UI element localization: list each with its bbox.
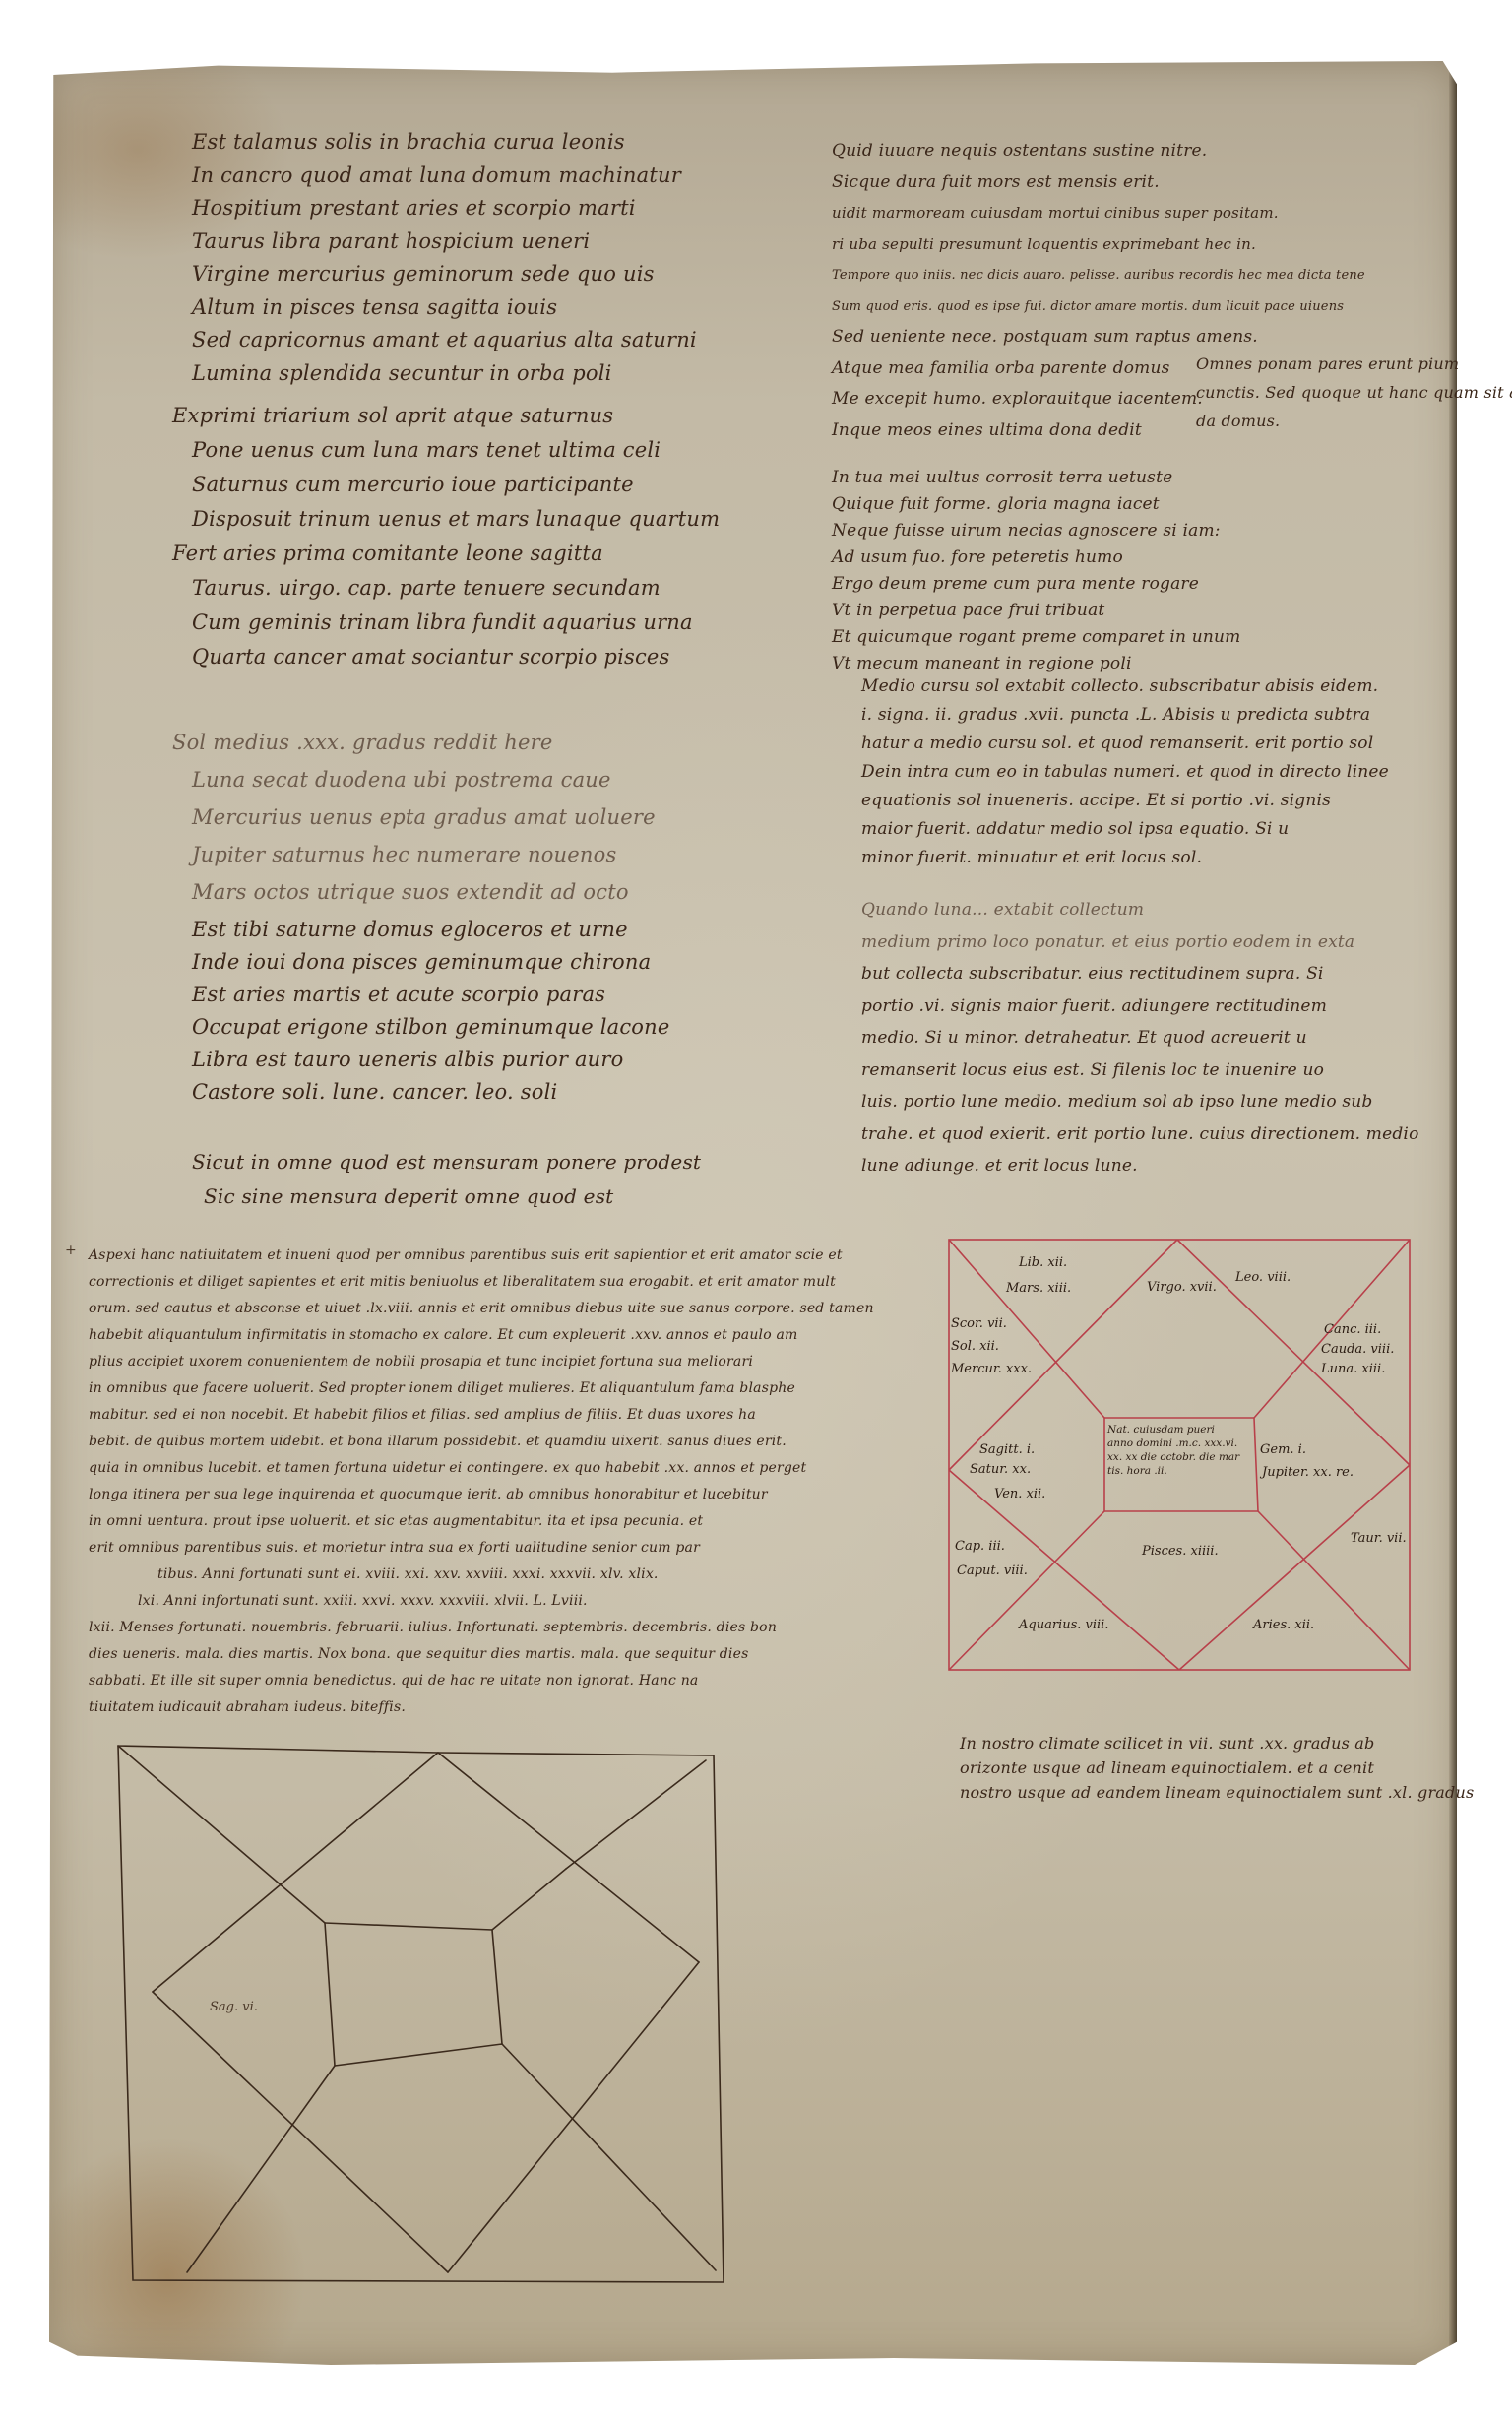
text-line: lxii. Menses fortunati. nouembris. febru… <box>89 1615 874 1641</box>
verse-line: Est aries martis et acute scorpio paras <box>192 979 670 1011</box>
text-line: bebit. de quibus mortem uidebit. et bona… <box>89 1429 874 1455</box>
house-label: Luna. xiii. <box>1321 1362 1385 1377</box>
caption-line: anno domini .m.c. xxx.vi. <box>1107 1436 1255 1450</box>
verse-line: Sicut in omne quod est mensuram ponere p… <box>192 1145 701 1180</box>
text-line: In nostro climate scilicet in vii. sunt … <box>960 1731 1474 1755</box>
text-line: mabitur. sed ei non nocebit. Et habebit … <box>89 1402 874 1429</box>
left-verse-4: Est tibi saturne domus egloceros et urne… <box>192 914 670 1109</box>
text-line: quia in omnibus lucebit. et tamen fortun… <box>89 1455 874 1482</box>
horoscope-center-caption: Nat. cuiusdam pueri anno domini .m.c. xx… <box>1107 1423 1255 1478</box>
text-line: tibus. Anni fortunati sunt ei. xviii. xx… <box>89 1562 874 1588</box>
text-line: but collecta subscribatur. eius rectitud… <box>861 958 1419 990</box>
sketch-label: Sag. vi. <box>210 2000 258 2014</box>
text-line: Ergo deum preme cum pura mente rogare <box>832 571 1241 598</box>
margin-mark: + <box>65 1243 77 1258</box>
verse-line: Sed capricornus amant et aquarius alta s… <box>192 324 697 357</box>
verse-line: Altum in pisces tensa sagitta iouis <box>192 291 697 325</box>
house-label: Jupiter. xx. re. <box>1262 1465 1354 1481</box>
text-line: Aspexi hanc natiuitatem et inueni quod p… <box>89 1243 874 1269</box>
text-line: Et quicumque rogant preme comparet in un… <box>832 624 1241 651</box>
text-line: plius accipiet uxorem conuenientem de no… <box>89 1349 874 1375</box>
left-verse-2: Exprimi triarium sol aprit atque saturnu… <box>172 399 720 674</box>
caption-line: tis. hora .ii. <box>1107 1464 1255 1478</box>
text-line: da domus. <box>1196 407 1512 435</box>
house-label: Taur. vii. <box>1351 1531 1407 1547</box>
verse-line: Est tibi saturne domus egloceros et urne <box>192 914 670 946</box>
verse-line: Est talamus solis in brachia curua leoni… <box>192 126 697 160</box>
verse-line: Sic sine mensura deperit omne quod est <box>192 1180 701 1214</box>
text-line: orum. sed cautus et absconse et uiuet .l… <box>89 1296 874 1322</box>
verse-line: Cum geminis trinam libra fundit aquarius… <box>172 606 720 640</box>
text-line: Quid iuuare nequis ostentans sustine nit… <box>832 136 1365 167</box>
nativity-judgment-text: Aspexi hanc natiuitatem et inueni quod p… <box>89 1243 874 1721</box>
verse-line: Exprimi triarium sol aprit atque saturnu… <box>172 399 720 433</box>
verse-line: Mars octos utrique suos extendit ad octo <box>172 873 656 911</box>
house-label: Cauda. viii. <box>1321 1342 1394 1358</box>
computus-moon-paragraph: Quando luna... extabit collectum medium … <box>861 894 1419 1182</box>
text-line: orizonte usque ad lineam equinoctialem. … <box>960 1755 1474 1780</box>
text-line: Vt in perpetua pace frui tribuat <box>832 598 1241 624</box>
house-label: Lib. xii. <box>1019 1255 1067 1271</box>
text-line: Sum quod eris. quod es ipse fui. dictor … <box>832 291 1365 323</box>
computus-sun-paragraph: Medio cursu sol extabit collecto. subscr… <box>861 672 1389 872</box>
text-line: uidit marmoream cuiusdam mortui cinibus … <box>832 198 1365 229</box>
verse-line: Sol medius .xxx. gradus reddit here <box>172 724 656 761</box>
text-line: maior fuerit. addatur medio sol ipsa equ… <box>861 815 1389 844</box>
text-line: Sicque dura fuit mors est mensis erit. <box>832 167 1365 199</box>
house-label: Ven. xii. <box>994 1487 1045 1502</box>
text-line: Tempore quo iniis. nec dicis auaro. peli… <box>832 260 1365 291</box>
verse-line: Disposuit trinum uenus et mars lunaque q… <box>172 502 720 537</box>
verse-line: Mercurius uenus epta gradus amat uoluere <box>172 798 656 836</box>
text-line: Dein intra cum eo in tabulas numeri. et … <box>861 758 1389 787</box>
verse-line: Inde ioui dona pisces geminumque chirona <box>192 946 670 979</box>
verse-line: Lumina splendida secuntur in orba poli <box>192 357 697 391</box>
horoscope-chart: Lib. xii. Mars. xiii. Virgo. xvii. Leo. … <box>945 1236 1416 1674</box>
text-line: luis. portio lune medio. medium sol ab i… <box>861 1086 1419 1118</box>
text-line: habebit aliquantulum infirmitatis in sto… <box>89 1322 874 1349</box>
house-label: Sagitt. i. <box>979 1442 1035 1458</box>
verse-line: In cancro quod amat luna domum machinatu… <box>192 160 697 193</box>
text-line: Omnes ponam pares erunt pium <box>1196 350 1512 378</box>
verse-line: Luna secat duodena ubi postrema caue <box>172 761 656 798</box>
verse-line: Saturnus cum mercurio ioue participante <box>172 468 720 502</box>
left-verse-1: Est talamus solis in brachia curua leoni… <box>192 126 697 390</box>
unfinished-horoscope-sketch: Sag. vi. <box>113 1741 753 2292</box>
text-line: hatur a medio cursu sol. et quod remanse… <box>861 730 1389 758</box>
text-line: medium primo loco ponatur. et eius porti… <box>861 926 1419 959</box>
house-label: Caput. viii. <box>957 1563 1028 1579</box>
text-line: In tua mei uultus corrosit terra uetuste <box>832 465 1241 491</box>
text-line: in omnibus que facere uoluerit. Sed prop… <box>89 1375 874 1402</box>
verse-line: Taurus libra parant hospicium ueneri <box>192 225 697 259</box>
verse-line: Pone uenus cum luna mars tenet ultima ce… <box>172 433 720 468</box>
verse-line: Jupiter saturnus hec numerare nouenos <box>172 836 656 873</box>
verse-line: Occupat erigone stilbon geminumque lacon… <box>192 1011 670 1044</box>
text-line: nostro usque ad eandem lineam equinoctia… <box>960 1780 1474 1805</box>
text-line: Quique fuit forme. gloria magna iacet <box>832 491 1241 518</box>
caption-line: Nat. cuiusdam pueri <box>1107 1423 1255 1436</box>
sketch-grid <box>113 1741 753 2292</box>
verse-line: Virgine mercurius geminorum sede quo uis <box>192 258 697 291</box>
house-label: Virgo. xvii. <box>1147 1280 1217 1296</box>
house-label: Mars. xiii. <box>1006 1281 1071 1297</box>
house-label: Canc. iii. <box>1324 1322 1381 1338</box>
text-line: sabbati. Et ille sit super omnia benedic… <box>89 1668 874 1694</box>
left-verse-3-faded: Sol medius .xxx. gradus reddit here Luna… <box>172 724 656 911</box>
verse-line: Castore soli. lune. cancer. leo. soli <box>192 1076 670 1109</box>
verse-line: Quarta cancer amat sociantur scorpio pis… <box>172 640 720 674</box>
verse-line: Taurus. uirgo. cap. parte tenuere secund… <box>172 571 720 606</box>
text-line: ri uba sepulti presumunt loquentis expri… <box>832 229 1365 261</box>
text-line: medio. Si u minor. detraheatur. Et quod … <box>861 1022 1419 1054</box>
verse-line: Fert aries prima comitante leone sagitta <box>172 537 720 571</box>
house-label: Aries. xii. <box>1253 1618 1314 1633</box>
text-line: lune adiunge. et erit locus lune. <box>861 1150 1419 1182</box>
house-label: Sol. xii. <box>951 1339 999 1355</box>
text-line: Quando luna... extabit collectum <box>861 894 1419 926</box>
text-line: minor fuerit. minuatur et erit locus sol… <box>861 844 1389 872</box>
left-closing-couplet: Sicut in omne quod est mensuram ponere p… <box>192 1145 701 1214</box>
text-line: Neque fuisse uirum necias agnoscere si i… <box>832 518 1241 544</box>
text-line: trahe. et quod exierit. erit portio lune… <box>861 1118 1419 1151</box>
house-label: Gem. i. <box>1260 1442 1306 1458</box>
text-line: remanserit locus eius est. Si filenis lo… <box>861 1054 1419 1087</box>
text-line: portio .vi. signis maior fuerit. adiunge… <box>861 990 1419 1023</box>
house-label: Cap. iii. <box>955 1539 1005 1555</box>
house-label: Aquarius. viii. <box>1019 1618 1108 1633</box>
verse-line: Libra est tauro ueneris albis purior aur… <box>192 1044 670 1076</box>
house-label: Leo. viii. <box>1235 1270 1291 1286</box>
text-line: Sed ueniente nece. postquam sum raptus a… <box>832 322 1365 353</box>
text-line: tiuitatem iudicauit abraham iudeus. bite… <box>89 1694 874 1721</box>
caption-line: xx. xx die octobr. die mar <box>1107 1450 1255 1464</box>
text-line: correctionis et diliget sapientes et eri… <box>89 1269 874 1296</box>
right-side-note: Omnes ponam pares erunt pium cunctis. Se… <box>1196 350 1512 435</box>
text-line: dies ueneris. mala. dies martis. Nox bon… <box>89 1641 874 1668</box>
text-line: i. signa. ii. gradus .xvii. puncta .L. A… <box>861 701 1389 730</box>
verse-line: Hospitium prestant aries et scorpio mart… <box>192 192 697 225</box>
text-line: erit omnibus parentibus suis. et morietu… <box>89 1535 874 1562</box>
climate-note: In nostro climate scilicet in vii. sunt … <box>960 1731 1474 1805</box>
text-line: Ad usum fuo. fore peteretis humo <box>832 544 1241 571</box>
text-line: Medio cursu sol extabit collecto. subscr… <box>861 672 1389 701</box>
house-label: Scor. vii. <box>951 1316 1007 1332</box>
house-label: Satur. xx. <box>970 1462 1031 1478</box>
text-line: equationis sol inueneris. accipe. Et si … <box>861 787 1389 815</box>
right-epitaph-bottom: In tua mei uultus corrosit terra uetuste… <box>832 465 1241 677</box>
text-line: longa itinera per sua lege inquirenda et… <box>89 1482 874 1508</box>
text-line: cunctis. Sed quoque ut hanc quam sit abe <box>1196 378 1512 407</box>
house-label: Mercur. xxx. <box>951 1362 1032 1377</box>
house-label: Pisces. xiiii. <box>1142 1544 1219 1560</box>
text-line: lxi. Anni infortunati sunt. xxiii. xxvi.… <box>89 1588 874 1615</box>
text-line: in omni uentura. prout ipse uoluerit. et… <box>89 1508 874 1535</box>
